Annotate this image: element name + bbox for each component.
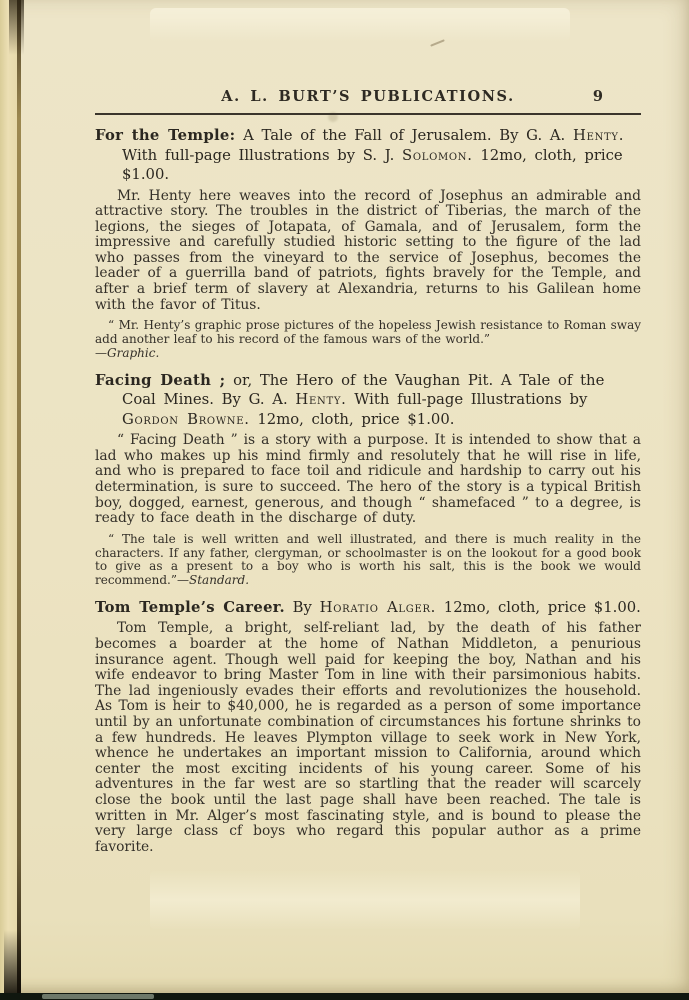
author-name: Henty. [295, 391, 346, 408]
heading-text: By [285, 599, 320, 616]
binding-shadow-top [9, 0, 24, 55]
binding-crease [17, 0, 21, 994]
author-name: Henty. [573, 127, 624, 144]
book-title: Facing Death ; [95, 372, 225, 389]
review-attribution: —Graphic. [95, 347, 641, 361]
book-scan: A. L. BURT’S PUBLICATIONS. 9 For the Tem… [0, 0, 689, 1000]
book-description: Mr. Henty here weaves into the record of… [95, 189, 641, 314]
text-column: A. L. BURT’S PUBLICATIONS. 9 For the Tem… [95, 88, 641, 862]
book-heading: Facing Death ; or, The Hero of the Vaugh… [95, 371, 641, 430]
catalog-entry: For the Temple: A Tale of the Fall of Je… [95, 126, 641, 361]
bottom-shadow-band [0, 993, 689, 1000]
page-number: 9 [593, 88, 603, 105]
author-name: Horatio Alger. [320, 599, 436, 616]
pen-mark [430, 39, 445, 46]
running-title: A. L. BURT’S PUBLICATIONS. [95, 88, 641, 105]
book-title: Tom Temple’s Career. [95, 599, 285, 616]
book-description: Tom Temple, a bright, self-reliant lad, … [95, 621, 641, 855]
review-quote: “ Mr. Henty’s graphic prose pictures of … [95, 319, 641, 360]
illustrator-name: Solomon. [402, 147, 473, 164]
book-description: “ Facing Death ” is a story with a purpo… [95, 433, 641, 527]
catalog-entry: Facing Death ; or, The Hero of the Vaugh… [95, 371, 641, 588]
book-heading: For the Temple: A Tale of the Fall of Je… [95, 126, 641, 185]
page-left-edge [0, 0, 18, 994]
header-rule [95, 113, 641, 115]
review-text: “ Mr. Henty’s graphic prose pictures of … [95, 318, 641, 346]
paper-highlight-top [150, 8, 570, 42]
review-attribution: —Standard. [177, 573, 249, 587]
catalog-entry: Tom Temple’s Career. By Horatio Alger. 1… [95, 598, 641, 855]
heading-text: With full-page Illustrations by [347, 391, 588, 408]
page-surface: A. L. BURT’S PUBLICATIONS. 9 For the Tem… [0, 0, 689, 994]
bottom-band-highlight [42, 994, 154, 999]
heading-text: 12mo, cloth, price $1.00. [436, 599, 641, 616]
binding-shadow-bottom [4, 930, 21, 994]
heading-text: A Tale of the Fall of Jerusalem. By G. A… [235, 127, 573, 144]
page-header: A. L. BURT’S PUBLICATIONS. 9 [95, 88, 641, 108]
illustrator-name: Gordon Browne. [122, 411, 250, 428]
paper-highlight-bottom [150, 870, 580, 930]
heading-text: 12mo, cloth, price $1.00. [250, 411, 455, 428]
review-quote: “ The tale is well written and well illu… [95, 533, 641, 588]
book-heading: Tom Temple’s Career. By Horatio Alger. 1… [95, 598, 641, 618]
book-title: For the Temple: [95, 127, 235, 144]
heading-text: With full-page Illustrations by S. J. [122, 147, 402, 164]
